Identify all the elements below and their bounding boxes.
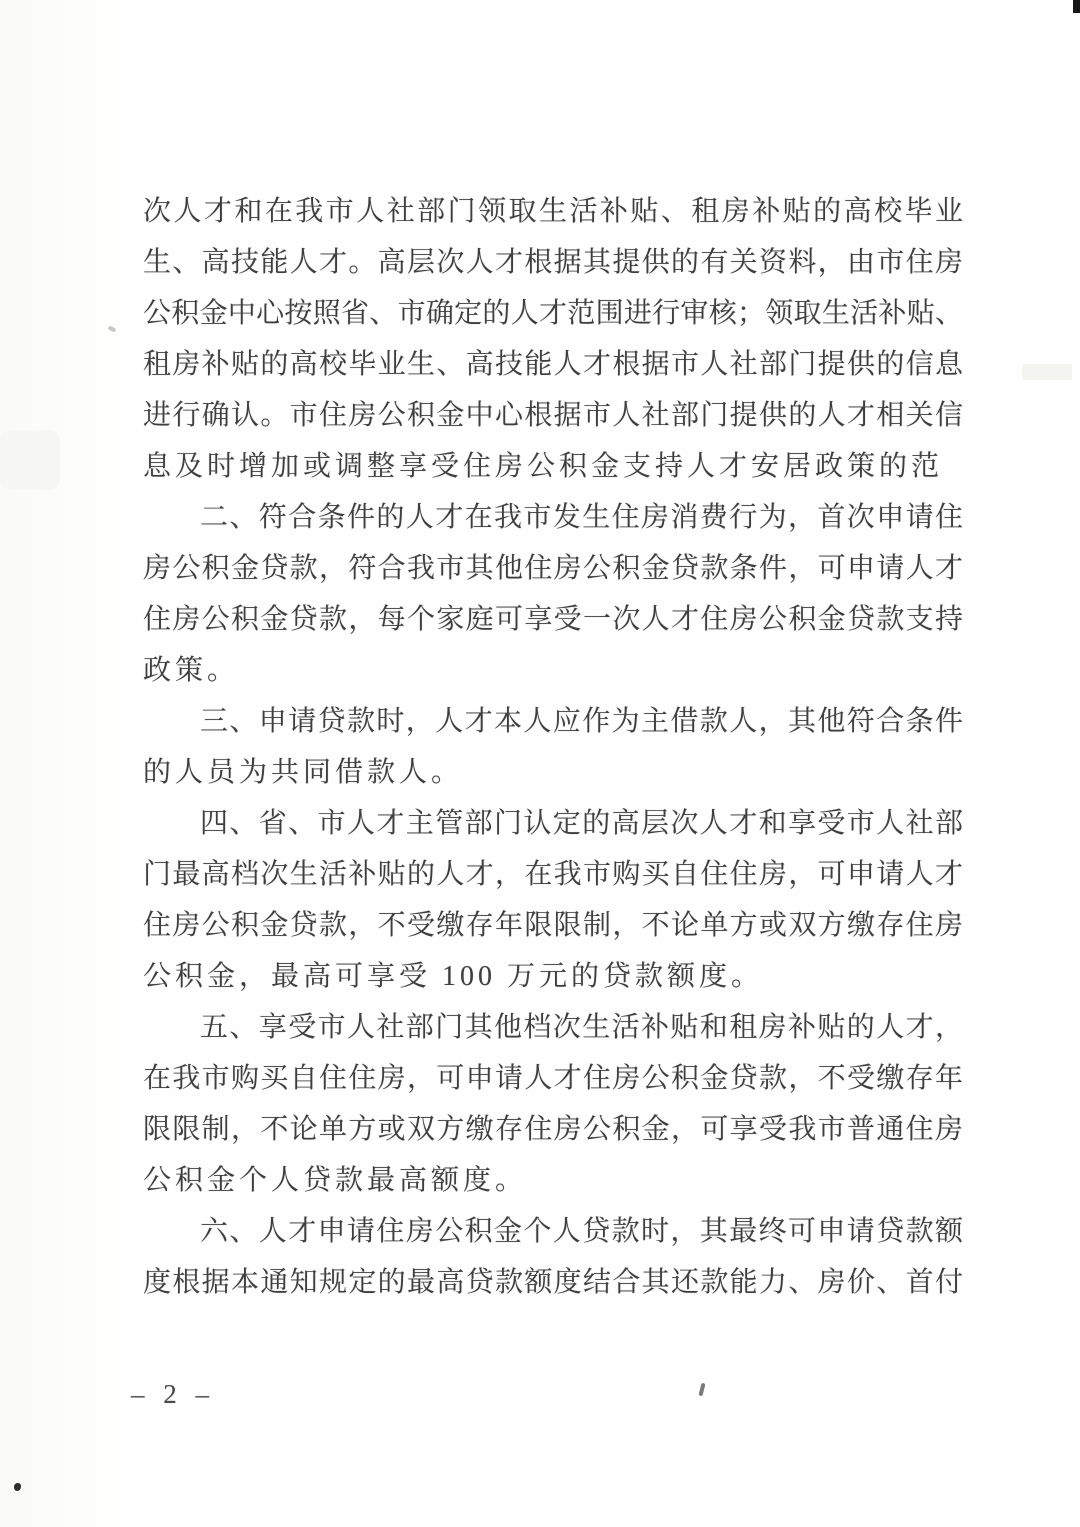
- text-line-section-5: 五、享受市人社部门其他档次生活补贴和租房补贴的人才，: [143, 1002, 963, 1053]
- text-line: 限限制，不论单方或双方缴存住房公积金，可享受我市普通住房: [143, 1104, 963, 1155]
- text-line: 公积金中心按照省、市确定的人才范围进行审核；领取生活补贴、: [143, 288, 963, 339]
- scan-artifact-speck: [698, 1383, 705, 1397]
- text-line: 度根据本通知规定的最高贷款额度结合其还款能力、房价、首付: [143, 1257, 963, 1308]
- scan-artifact-speck: [108, 325, 117, 332]
- text-line: 息及时增加或调整享受住房公积金支持人才安居政策的范围。: [143, 441, 963, 492]
- text-line: 政策。: [143, 645, 963, 696]
- text-line: 公积金个人贷款最高额度。: [143, 1155, 963, 1206]
- text-line: 在我市购买自住住房，可申请人才住房公积金贷款，不受缴存年: [143, 1053, 963, 1104]
- text-line: 的人员为共同借款人。: [143, 747, 963, 798]
- scan-artifact-speck: [14, 1483, 21, 1491]
- text-line-section-3: 三、申请贷款时，人才本人应作为主借款人，其他符合条件: [143, 696, 963, 747]
- scan-artifact-corner-mark: [1073, 0, 1080, 13]
- scanned-document-page: 次人才和在我市人社部门领取生活补贴、租房补贴的高校毕业 生、高技能人才。高层次人…: [0, 0, 1080, 1527]
- text-line: 生、高技能人才。高层次人才根据其提供的有关资料，由市住房: [143, 237, 963, 288]
- text-line-section-6: 六、人才申请住房公积金个人贷款时，其最终可申请贷款额: [143, 1206, 963, 1257]
- text-line: 房公积金贷款，符合我市其他住房公积金贷款条件，可申请人才: [143, 543, 963, 594]
- text-line: 住房公积金贷款，不受缴存年限限制，不论单方或双方缴存住房: [143, 900, 963, 951]
- page-number: – 2 –: [131, 1378, 215, 1410]
- text-line: 门最高档次生活补贴的人才，在我市购买自住住房，可申请人才: [143, 849, 963, 900]
- text-line-section-4: 四、省、市人才主管部门认定的高层次人才和享受市人社部: [143, 798, 963, 849]
- text-line: 公积金，最高可享受 100 万元的贷款额度。: [143, 951, 963, 1002]
- text-line: 进行确认。市住房公积金中心根据市人社部门提供的人才相关信: [143, 390, 963, 441]
- scan-artifact-smudge: [1022, 364, 1072, 380]
- text-line: 住房公积金贷款，每个家庭可享受一次人才住房公积金贷款支持: [143, 594, 963, 645]
- text-line: 次人才和在我市人社部门领取生活补贴、租房补贴的高校毕业: [143, 186, 963, 237]
- document-body: 次人才和在我市人社部门领取生活补贴、租房补贴的高校毕业 生、高技能人才。高层次人…: [143, 186, 963, 1308]
- text-line: 租房补贴的高校毕业生、高技能人才根据市人社部门提供的信息: [143, 339, 963, 390]
- scan-artifact-smudge: [0, 430, 60, 490]
- text-line-section-2: 二、符合条件的人才在我市发生住房消费行为，首次申请住: [143, 492, 963, 543]
